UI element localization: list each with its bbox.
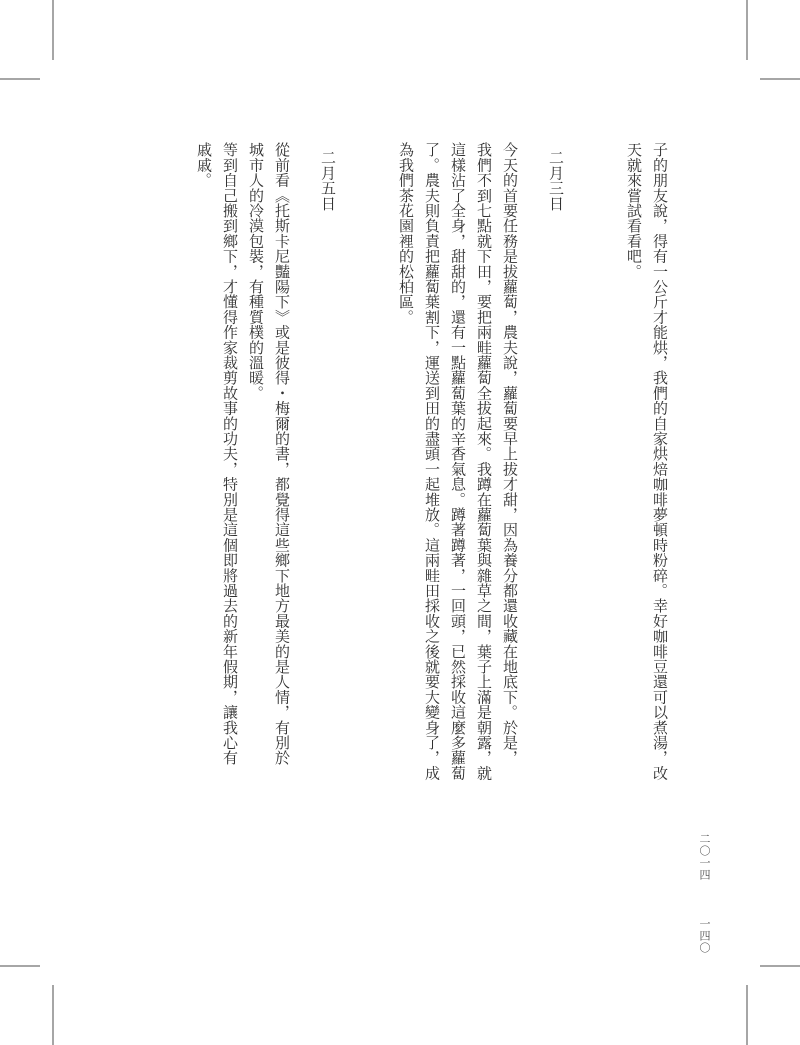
text-line: 今天的首要任務是拔蘿蔔，農夫說，蘿蔔要早上拔才甜，因為養分都還收藏在地底下。於是… xyxy=(496,142,522,790)
text-line: 了。農夫則負責把蘿蔔葉割下，運送到田的盡頭一起堆放。這兩畦田採收之後就要大變身了… xyxy=(418,142,444,790)
entry-date-feb-3: 二月三日 xyxy=(542,142,568,790)
folio: 二〇一四 一四〇 xyxy=(696,833,712,954)
intro-paragraph: 子的朋友說，得有一公斤才能烘，我們的自家烘焙咖啡夢頓時粉碎。幸好咖啡豆還可以煮湯… xyxy=(620,142,672,790)
text-line: 城市人的冷漠包裝，有種質樸的溫暖。 xyxy=(242,142,268,790)
crop-mark-bottom-left-horizontal xyxy=(0,965,40,967)
crop-mark-bottom-right-horizontal xyxy=(760,965,800,967)
entry-date-feb-5: 二月五日 xyxy=(314,142,340,790)
book-page: 子的朋友說，得有一公斤才能烘，我們的自家烘焙咖啡夢頓時粉碎。幸好咖啡豆還可以煮湯… xyxy=(0,0,800,1045)
entry-feb-5-paragraph-1: 從前看《托斯卡尼豔陽下》或是彼得・梅爾的書，都覺得這些鄉下地方最美的是人情，有別… xyxy=(242,142,294,790)
crop-mark-top-right-vertical xyxy=(746,0,748,60)
text-line: 子的朋友說，得有一公斤才能烘，我們的自家烘焙咖啡夢頓時粉碎。幸好咖啡豆還可以煮湯… xyxy=(646,142,672,790)
text-line: 天就來嘗試看看吧。 xyxy=(620,142,646,790)
folio-page-number: 一四〇 xyxy=(698,918,710,954)
text-line: 為我們茶花園裡的松柏區。 xyxy=(392,142,418,790)
entry-feb-5-paragraph-2: 等到自己搬到鄉下，才懂得作家裁剪故事的功夫，特別是這個即將過去的新年假期，讓我心… xyxy=(190,142,242,790)
crop-mark-top-left-horizontal xyxy=(0,78,40,80)
entry-feb-3-paragraph: 今天的首要任務是拔蘿蔔，農夫說，蘿蔔要早上拔才甜，因為養分都還收藏在地底下。於是… xyxy=(392,142,522,790)
crop-mark-bottom-right-vertical xyxy=(746,985,748,1045)
text-line: 我們不到七點就下田，要把兩畦蘿蔔全拔起來。我蹲在蘿蔔葉與雜草之間，葉子上滿是朝露… xyxy=(470,142,496,790)
crop-mark-top-left-vertical xyxy=(52,0,54,60)
text-line: 這樣沾了全身，甜甜的，還有一點蘿蔔葉的辛香氣息。蹲著蹲著，一回頭，已然採收這麼多… xyxy=(444,142,470,790)
folio-year: 二〇一四 xyxy=(698,833,710,881)
text-line: 等到自己搬到鄉下，才懂得作家裁剪故事的功夫，特別是這個即將過去的新年假期，讓我心… xyxy=(216,142,242,790)
diary-text-block: 子的朋友說，得有一公斤才能烘，我們的自家烘焙咖啡夢頓時粉碎。幸好咖啡豆還可以煮湯… xyxy=(190,142,672,790)
crop-mark-top-right-horizontal xyxy=(760,78,800,80)
text-line: 從前看《托斯卡尼豔陽下》或是彼得・梅爾的書，都覺得這些鄉下地方最美的是人情，有別… xyxy=(268,142,294,790)
crop-mark-bottom-left-vertical xyxy=(52,985,54,1045)
text-line: 戚戚。 xyxy=(190,142,216,790)
